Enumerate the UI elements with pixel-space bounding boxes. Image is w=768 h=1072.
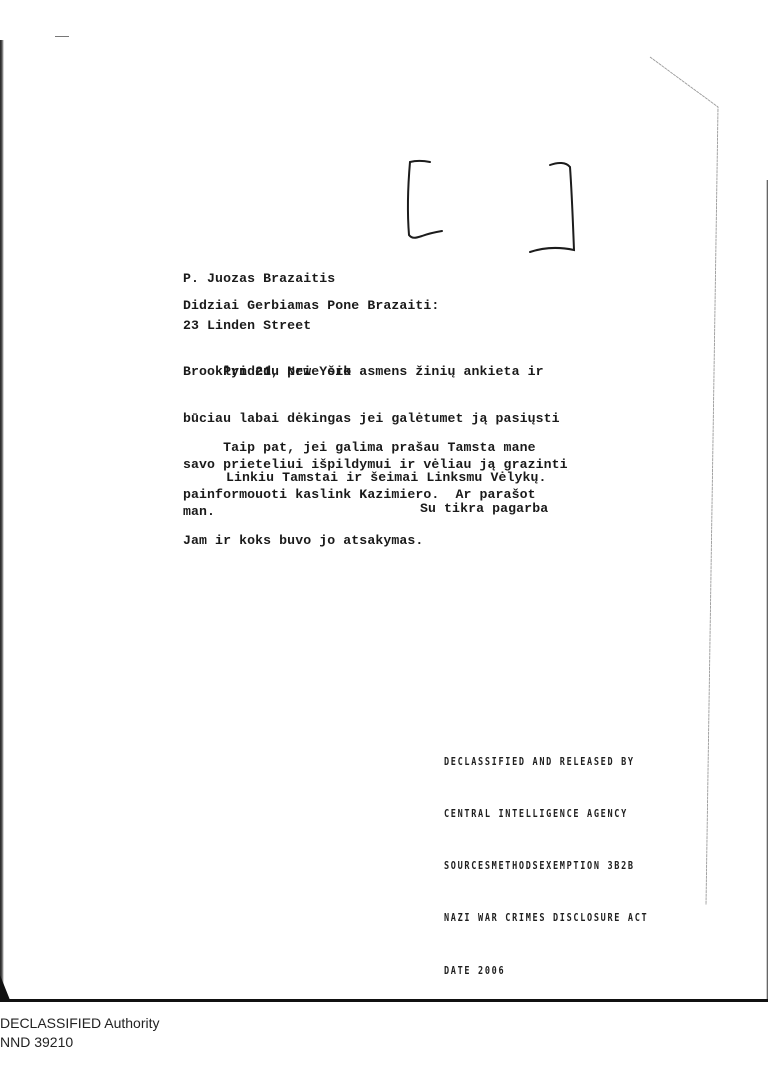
stamp-line: DECLASSIFIED AND RELEASED BY [444, 754, 648, 771]
redaction-brackets [400, 155, 600, 255]
declassified-authority-footer: DECLASSIFIED Authority NND 39210 [0, 1014, 160, 1052]
stray-mark [55, 36, 69, 37]
paragraph-line: painformouoti kaslink Kazimiero. Ar para… [183, 487, 536, 503]
authority-number: NND 39210 [0, 1033, 160, 1052]
document-page: P. Juozas Brazaitis 23 Linden Street Bro… [0, 0, 768, 1000]
address-line: 23 Linden Street [183, 318, 351, 334]
stamp-line: DATE 2006 [444, 963, 648, 980]
paragraph-line: Pridedu prie šio asmens žinių ankieta ir [183, 364, 568, 380]
declassification-stamp: DECLASSIFIED AND RELEASED BY CENTRAL INT… [444, 719, 648, 1015]
stamp-line: SOURCESMETHODSEXEMPTION 3B2B [444, 858, 648, 875]
stamp-line: CENTRAL INTELLIGENCE AGENCY [444, 806, 648, 823]
authority-label: DECLASSIFIED Authority [0, 1014, 160, 1033]
address-line: P. Juozas Brazaitis [183, 271, 351, 287]
scan-corner-shadow [0, 975, 10, 1000]
scan-left-edge-shadow [0, 40, 4, 1000]
closing: Su tikra pagarba [420, 501, 548, 517]
page-bottom-edge [0, 999, 768, 1002]
holiday-wish: Linkiu Tamstai ir šeimai Linksmu Vėlykų. [226, 470, 547, 486]
paragraph-line: Taip pat, jei galima prašau Tamsta mane [183, 440, 536, 456]
stamp-line: NAZI WAR CRIMES DISCLOSURE ACT [444, 910, 648, 927]
paragraph-line: Jam ir koks buvo jo atsakymas. [183, 533, 536, 549]
paragraph-2: Taip pat, jei galima prašau Tamsta mane … [183, 409, 536, 580]
salutation: Didziai Gerbiamas Pone Brazaiti: [183, 298, 439, 314]
